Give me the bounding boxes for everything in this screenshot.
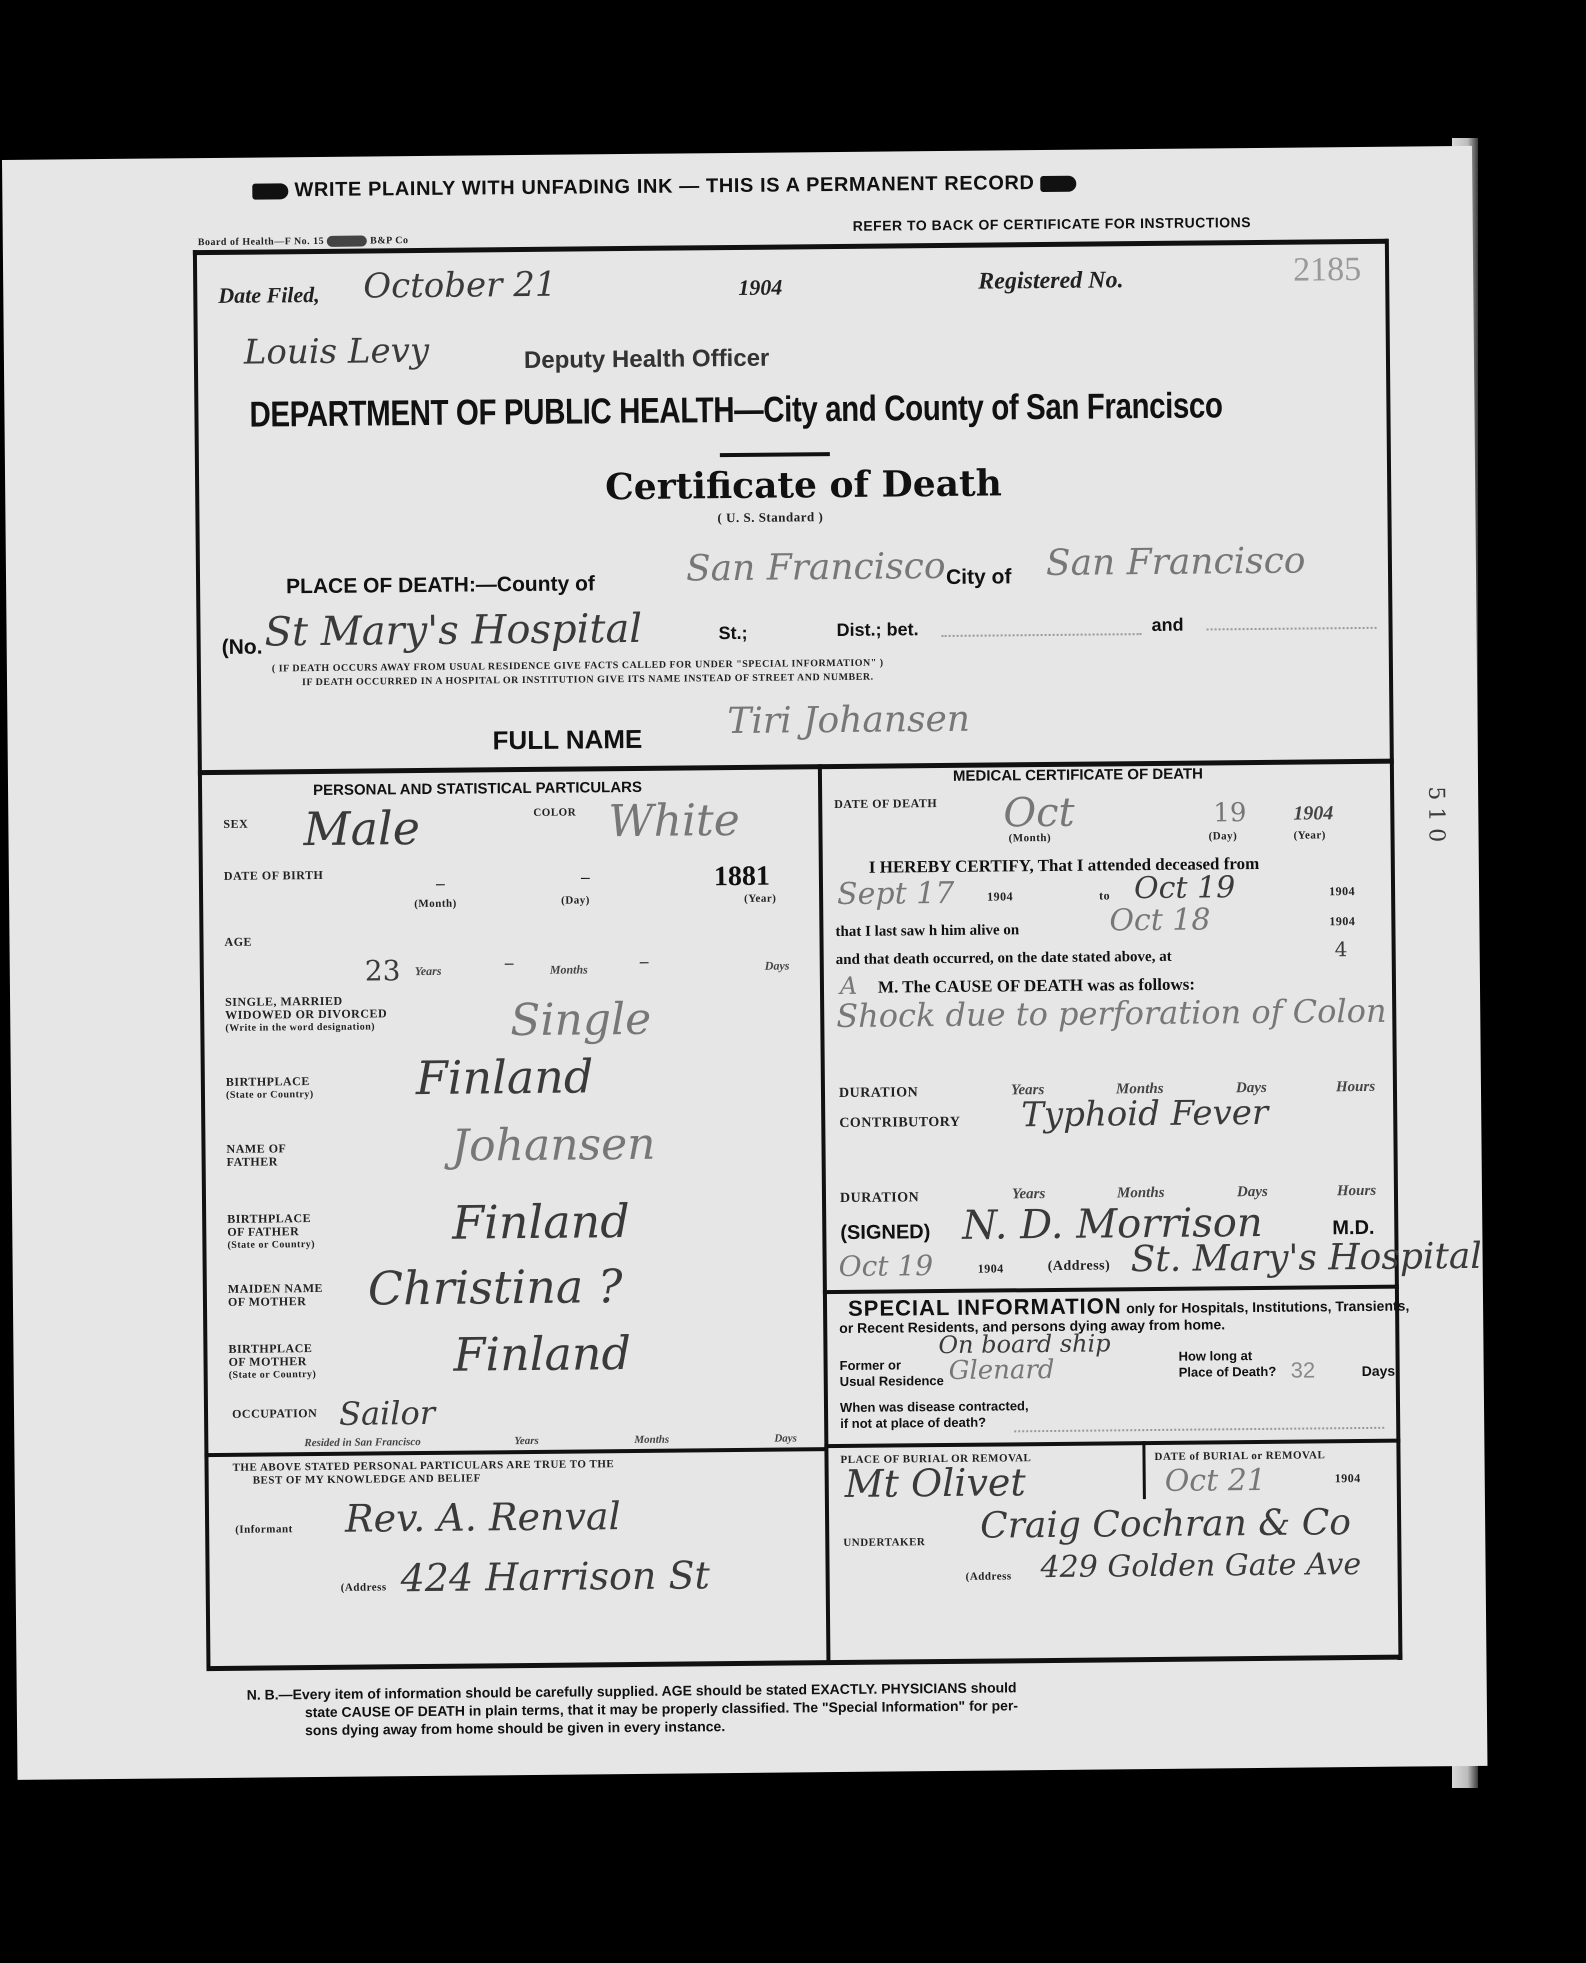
dob-year-caption: (Year) [744, 893, 776, 906]
undertaker-address-label: (Address [966, 1570, 1012, 1583]
informant-value: Rev. A. Renval [345, 1494, 621, 1541]
undertaker-address-value: 429 Golden Gate Ave [1040, 1547, 1361, 1585]
duration-hours-1: Hours [1336, 1079, 1375, 1096]
title-divider [720, 452, 830, 457]
place-of-death-label: PLACE OF DEATH:—County of [286, 572, 595, 599]
death-month: Oct [1003, 790, 1075, 837]
burial-place-value: Mt Olivet [845, 1460, 1026, 1506]
age-days: – [640, 954, 649, 972]
registered-label: Registered No. [978, 267, 1124, 295]
age-days-caption: Days [765, 958, 790, 973]
resided-days: Days [774, 1432, 797, 1444]
physician-address-label: (Address) [1048, 1259, 1111, 1273]
occupation-value: Sailor [339, 1394, 435, 1433]
death-year-caption: (Year) [1293, 829, 1325, 842]
last-saw-date: Oct 18 [1109, 902, 1211, 938]
signed-label: (SIGNED) [840, 1221, 930, 1245]
signed-year: 1904 [978, 1262, 1004, 1275]
burial-date-value: Oct 21 [1165, 1463, 1267, 1499]
to-label: to [1099, 889, 1110, 902]
burial-divider [1142, 1441, 1146, 1499]
date-filed-value: October 21 [363, 265, 557, 307]
sex-value: Male [303, 801, 420, 856]
duration-years-2: Years [1012, 1186, 1046, 1203]
color-label: COLOR [533, 807, 576, 820]
resided-years: Years [514, 1435, 539, 1447]
full-name-label: FULL NAME [492, 724, 642, 756]
full-name-value: Tiri Johansen [727, 699, 970, 742]
age-years-caption: Years [415, 964, 442, 979]
dob-month-caption: (Month) [414, 898, 457, 911]
death-year: 1904 [1293, 802, 1333, 825]
informant-address-label: (Address [341, 1581, 387, 1594]
dob-day-caption: (Day) [561, 894, 590, 907]
column-divider [818, 764, 831, 1664]
dist-label: Dist.; bet. [836, 619, 918, 641]
bottom-rule [206, 1655, 1402, 1671]
duration-months-2: Months [1117, 1185, 1165, 1202]
date-filed-label: Date Filed, [218, 282, 320, 309]
attended-from: Sept 17 [837, 876, 955, 912]
informant-address-value: 424 Harrison St [400, 1553, 710, 1600]
marital-value: Single [510, 994, 651, 1046]
father-label: NAME OF FATHER [226, 1142, 286, 1169]
occurred-text: and that death occurred, on the date sta… [836, 949, 1172, 969]
registered-number: 2185 [1293, 251, 1361, 290]
undertaker-value: Craig Cochran & Co [980, 1502, 1351, 1547]
county-value: San Francisco [686, 546, 946, 589]
death-ampm: A [840, 972, 858, 1000]
signed-date: Oct 19 [839, 1249, 934, 1283]
personal-heading: PERSONAL AND STATISTICAL PARTICULARS [313, 779, 642, 799]
how-long-unit: Days [1362, 1363, 1396, 1379]
st-label: St.; [718, 623, 747, 644]
last-saw-text: that I last saw h him alive on [835, 922, 1019, 941]
warning-banner: WRITE PLAINLY WITH UNFADING INK — THIS I… [252, 172, 1077, 203]
footer-note: N. B.—Every item of information should b… [247, 1678, 1019, 1739]
dob-label: DATE OF BIRTH [224, 869, 324, 883]
father-birthplace-label: BIRTHPLACE OF FATHER (State or Country) [227, 1212, 315, 1252]
dob-day: – [581, 869, 590, 887]
and-label: and [1151, 615, 1183, 636]
city-label: City of [946, 565, 1012, 590]
name-rule [198, 759, 1394, 775]
death-day: 19 [1213, 798, 1246, 828]
mother-value: Christina ? [368, 1259, 623, 1315]
union-label-icon [327, 236, 367, 247]
contracted-label: When was disease contracted, if not at p… [840, 1398, 1029, 1432]
dob-year: 1881 [714, 861, 770, 894]
officer-signature: Louis Levy [244, 331, 430, 373]
father-value: Johansen [451, 1119, 655, 1172]
how-long-label: How long at Place of Death? [1178, 1348, 1276, 1381]
us-standard: ( U. S. Standard ) [717, 510, 823, 524]
date-of-death-label: DATE OF DEATH [834, 797, 937, 811]
attended-to-year: 1904 [1329, 885, 1355, 898]
warning-text: WRITE PLAINLY WITH UNFADING INK — THIS I… [294, 172, 1034, 201]
duration-label-2: DURATION [840, 1191, 919, 1205]
death-month-caption: (Month) [1009, 832, 1052, 845]
mother-birthplace-label: BIRTHPLACE OF MOTHER (State or Country) [228, 1342, 316, 1382]
certificate-title: Certificate of Death [605, 462, 1002, 508]
age-months: – [505, 955, 514, 973]
pointing-hand-left-icon [1041, 175, 1077, 191]
burial-date-label: DATE of BURIAL or REMOVAL [1154, 1449, 1325, 1464]
contributory-value: Typhoid Fever [1021, 1093, 1268, 1135]
last-saw-year: 1904 [1329, 915, 1355, 928]
dob-month: – [436, 876, 445, 894]
date-filed-year: 1904 [738, 275, 782, 301]
cause-of-death: Shock due to perforation of Colon [836, 992, 1387, 1035]
refer-instructions: REFER TO BACK OF CERTIFICATE FOR INSTRUC… [853, 214, 1252, 234]
city-value: San Francisco [1046, 541, 1306, 584]
age-years: 23 [365, 954, 401, 987]
death-hour: 4 [1335, 937, 1348, 961]
mother-label: MAIDEN NAME OF MOTHER [228, 1282, 323, 1309]
officer-title: Deputy Health Officer [524, 345, 770, 375]
informant-rule [204, 1447, 826, 1457]
attended-from-year: 1904 [987, 890, 1013, 903]
sex-label: SEX [223, 818, 248, 831]
duration-days-2: Days [1237, 1184, 1268, 1201]
undertaker-label: UNDERTAKER [843, 1536, 925, 1550]
medical-heading: MEDICAL CERTIFICATE OF DEATH [953, 766, 1203, 785]
resided-label: Resided in San Francisco [304, 1436, 421, 1449]
physician-address-value: St. Mary's Hospital [1130, 1236, 1482, 1280]
no-label: (No. [222, 636, 263, 660]
duration-label-1: DURATION [839, 1086, 918, 1100]
death-day-caption: (Day) [1208, 830, 1237, 843]
informant-statement: THE ABOVE STATED PERSONAL PARTICULARS AR… [233, 1458, 615, 1488]
age-label: AGE [224, 936, 252, 949]
occupation-label: OCCUPATION [232, 1407, 317, 1421]
right-rule [1385, 239, 1403, 1659]
burial-rule [824, 1439, 1400, 1449]
former-residence-label: Former or Usual Residence [840, 1357, 944, 1390]
age-months-caption: Months [550, 962, 588, 977]
father-birthplace-value: Finland [452, 1194, 630, 1250]
left-rule [193, 250, 211, 1670]
how-long-value: 32 [1291, 1357, 1316, 1383]
duration-hours-2: Hours [1337, 1183, 1376, 1200]
margin-stamp: 5 1 0 [1423, 786, 1449, 842]
color-value: White [608, 795, 740, 847]
pointing-hand-right-icon [252, 183, 288, 199]
mother-birthplace-value: Finland [453, 1326, 631, 1382]
burial-year: 1904 [1335, 1472, 1361, 1485]
informant-label: (Informant [235, 1523, 293, 1537]
birthplace-value: Finland [416, 1049, 594, 1105]
attended-to: Oct 19 [1134, 870, 1236, 906]
marital-label: SINGLE, MARRIED WIDOWED OR DIVORCED (Wri… [225, 994, 387, 1035]
place-location: St Mary's Hospital [264, 606, 642, 656]
former-residence-line2: Glenard [949, 1355, 1055, 1386]
form-number: Board of Health—F No. 15 B&P Co [198, 234, 409, 249]
department-title: DEPARTMENT OF PUBLIC HEALTH—City and Cou… [249, 384, 1222, 435]
death-certificate: WRITE PLAINLY WITH UNFADING INK — THIS I… [2, 146, 1487, 1780]
contributory-label: CONTRIBUTORY [839, 1116, 960, 1130]
resided-months: Months [634, 1434, 669, 1446]
birthplace-label: BIRTHPLACE (State or Country) [226, 1075, 314, 1102]
